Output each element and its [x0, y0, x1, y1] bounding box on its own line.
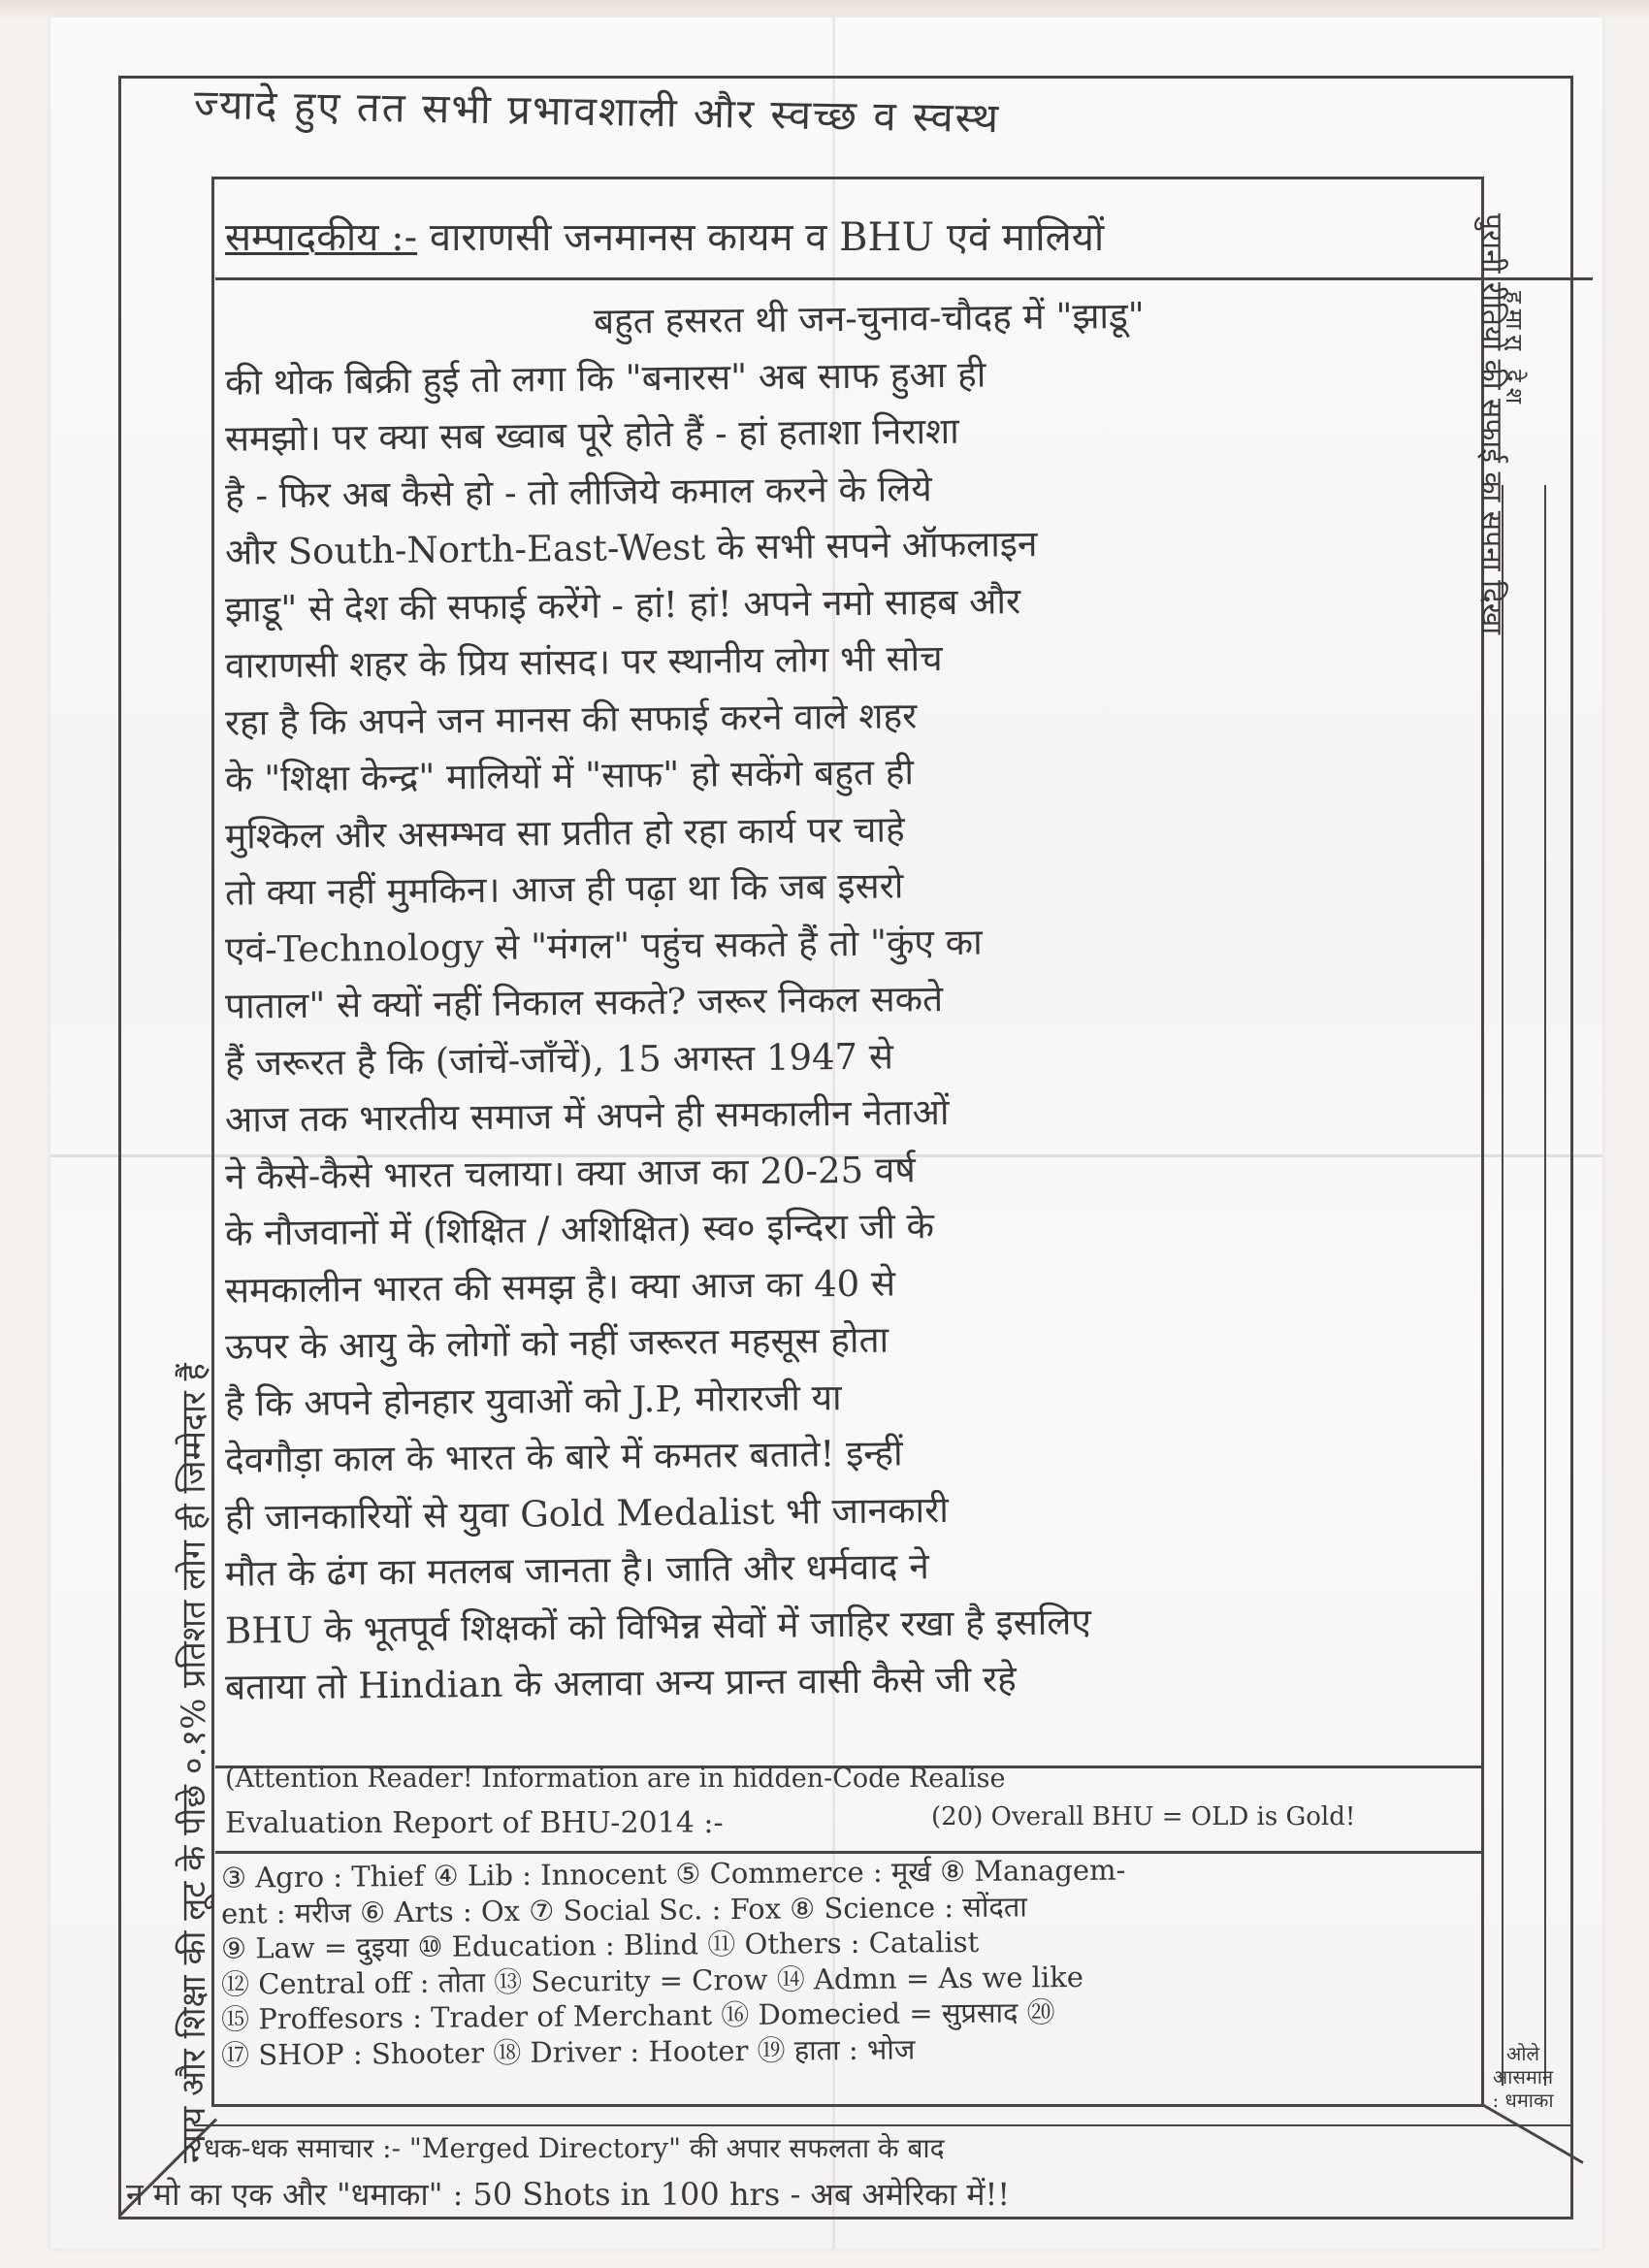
- left-margin-vertical-text: न्याय और शिक्षा की लूट के पीछे ०.१% प्रत…: [170, 1363, 214, 2163]
- editorial-heading: सम्पादकीय :- वाराणसी जनमानस कायम व BHU ए…: [225, 209, 1104, 262]
- attention-notice: (Attention Reader! Information are in hi…: [225, 1764, 1006, 1794]
- editorial-body: बहुत हसरत थी जन-चुनाव-चौदह में "झाडू" की…: [225, 291, 1476, 1710]
- right-margin-vertical-text: पुरानी रीतियों की सफाई का सपना दिखा: [1473, 213, 1513, 634]
- right-inner-vertical-text: हमारा देश: [1499, 291, 1531, 409]
- footer-rule: [194, 2124, 1571, 2126]
- evaluation-ratings: ③ Agro : Thief ④ Lib : Innocent ⑤ Commer…: [221, 1855, 1487, 2067]
- evaluation-report-title: Evaluation Report of BHU-2014 :-: [225, 1806, 724, 1840]
- overall-rating: (20) Overall BHU = OLD is Gold!: [931, 1802, 1355, 1831]
- heading-rule: [215, 277, 1593, 280]
- body-line: बताया तो Hindian के अलावा अन्य प्रान्त व…: [225, 1646, 1477, 1716]
- editorial-label: सम्पादकीय :-: [225, 215, 417, 260]
- footer-news-line-2: न मो का एक और "धमाका" : 50 Shots in 100 …: [126, 2173, 1010, 2215]
- editorial-headline: वाराणसी जनमानस कायम व BHU एवं मालियों: [430, 215, 1104, 260]
- scan-top-edge: [0, 0, 1649, 17]
- corner-note: ओले आसमान : धमाका: [1489, 2042, 1557, 2112]
- right-margin-column: [1502, 485, 1546, 2086]
- footer-news-line-1: धक-धक समाचार :- "Merged Directory" की अप…: [204, 2129, 945, 2166]
